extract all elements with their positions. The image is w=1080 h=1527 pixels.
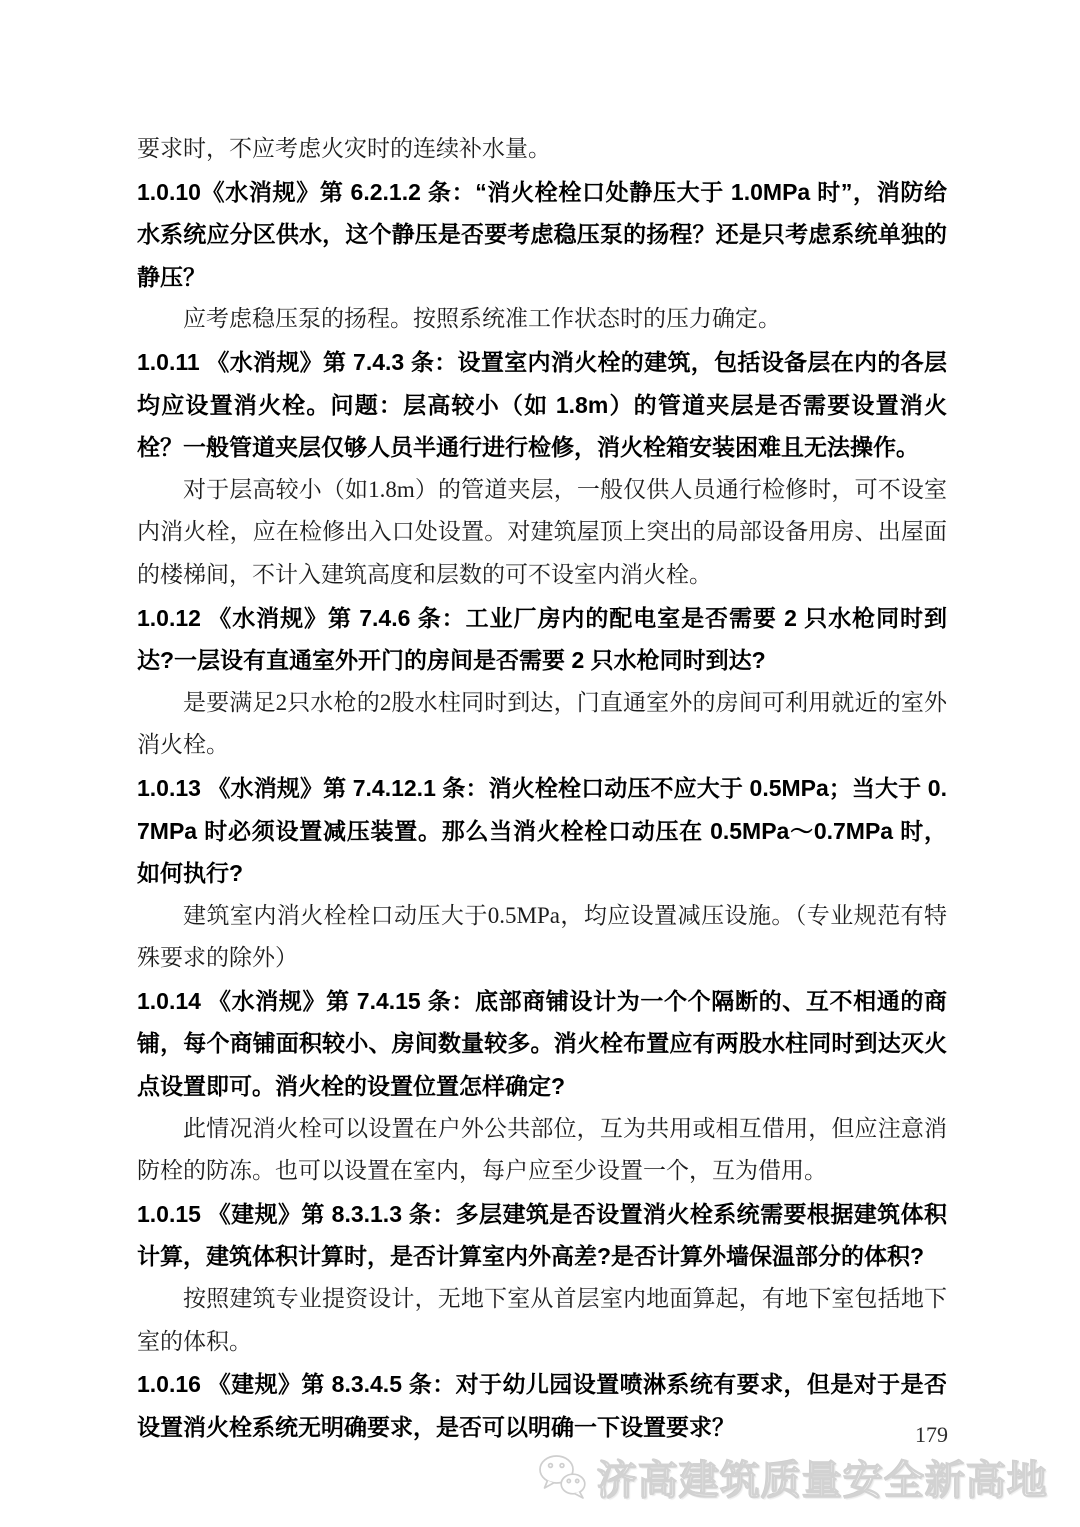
question-1-0-15: 1.0.15 《建规》第 8.3.1.3 条：多层建筑是否设置消火栓系统需要根据…	[137, 1193, 947, 1278]
answer-1-0-13: 建筑室内消火栓栓口动压大于0.5MPa，均应设置减压设施。（专业规范有特殊要求的…	[137, 895, 947, 980]
document-page: 要求时，不应考虑火灾时的连续补水量。 1.0.10《水消规》第 6.2.1.2 …	[0, 0, 1080, 1527]
question-1-0-14: 1.0.14 《水消规》第 7.4.15 条：底部商铺设计为一个个隔断的、互不相…	[137, 980, 947, 1108]
answer-1-0-12: 是要满足2只水枪的2股水柱同时到达，门直通室外的房间可利用就近的室外消火栓。	[137, 682, 947, 767]
watermark-text: 济高建筑质量安全新高地	[597, 1449, 1048, 1506]
question-1-0-13: 1.0.13 《水消规》第 7.4.12.1 条：消火栓栓口动压不应大于 0.5…	[137, 767, 947, 895]
answer-continuation-text: 要求时，不应考虑火灾时的连续补水量。	[137, 128, 947, 171]
answer-1-0-15: 按照建筑专业提资设计，无地下室从首层室内地面算起，有地下室包括地下室的体积。	[137, 1278, 947, 1363]
answer-1-0-10: 应考虑稳压泵的扬程。按照系统准工作状态时的压力确定。	[137, 298, 947, 341]
document-body: 要求时，不应考虑火灾时的连续补水量。 1.0.10《水消规》第 6.2.1.2 …	[137, 128, 947, 1448]
wechat-chat-bubbles-icon	[537, 1454, 587, 1502]
question-1-0-12: 1.0.12 《水消规》第 7.4.6 条：工业厂房内的配电室是否需要 2 只水…	[137, 597, 947, 682]
question-1-0-10: 1.0.10《水消规》第 6.2.1.2 条：“消火栓栓口处静压大于 1.0MP…	[137, 171, 947, 299]
question-1-0-11: 1.0.11 《水消规》第 7.4.3 条：设置室内消火栓的建筑，包括设备层在内…	[137, 341, 947, 469]
watermark: 济高建筑质量安全新高地	[537, 1449, 1048, 1506]
answer-1-0-11: 对于层高较小（如1.8m）的管道夹层，一般仅供人员通行检修时，可不设室内消火栓，…	[137, 469, 947, 597]
page-number: 179	[0, 1422, 948, 1448]
answer-1-0-14: 此情况消火栓可以设置在户外公共部位，互为共用或相互借用，但应注意消防栓的防冻。也…	[137, 1108, 947, 1193]
